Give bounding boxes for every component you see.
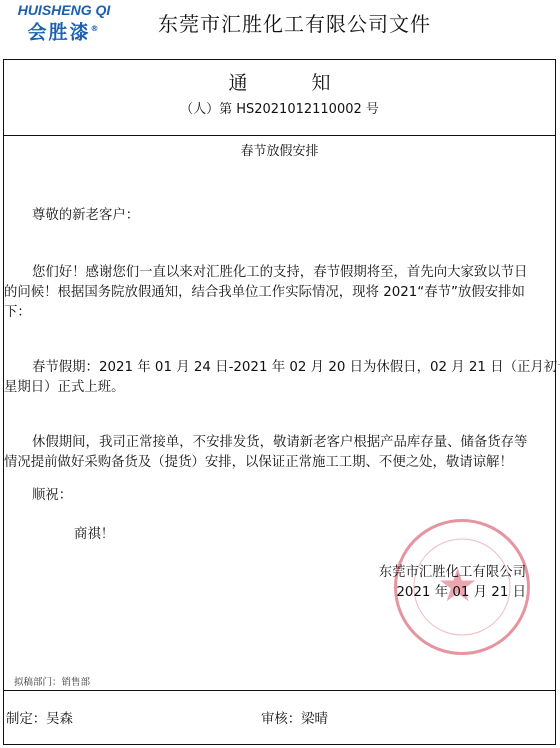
signature-company: 东莞市汇胜化工有限公司 — [379, 561, 526, 580]
paragraph-1-line-2: 的问候！根据国务院放假通知，结合我单位工作实际情况，现将 2021“春节”放假安… — [4, 282, 552, 304]
document-number: （人）第 HS2021012110002 号 — [4, 98, 555, 117]
paragraph-1-line-1: 您们好！感谢您们一直以来对汇胜化工的支持，春节假期将至，首先向大家致以节日 — [4, 262, 560, 284]
logo-chinese: 会胜漆® — [14, 18, 114, 43]
paragraph-1-line-3: 下： — [4, 302, 552, 324]
notice-subject: 春节放假安排 — [4, 140, 555, 159]
paragraph-2-line-2: 星期日）正式上班。 — [4, 377, 552, 399]
reviewer-field: 审核：梁晴 — [261, 708, 328, 727]
paragraph-2-line-1: 春节假期：2021 年 01 月 24 日-2021 年 02 月 20 日为休… — [4, 357, 560, 379]
drafting-department: 拟稿部门：销售部 — [14, 674, 90, 688]
salutation: 尊敬的新老客户： — [4, 205, 560, 227]
logo-english: HUISHENG QI — [14, 2, 114, 18]
paragraph-3-line-1: 休假期间，我司正常接单，不安排发货，敬请新老客户根据产品库存量、储备货存等 — [4, 432, 560, 454]
company-document-title: 东莞市汇胜化工有限公司文件 — [158, 8, 431, 37]
registered-mark-icon: ® — [91, 24, 101, 33]
logo-chinese-text: 会胜漆 — [27, 21, 90, 43]
title-box: 通知 （人）第 HS2021012110002 号 — [4, 60, 555, 136]
notice-title-right: 知 — [312, 72, 331, 94]
signature-date: 2021 年 01 月 21 日 — [396, 581, 526, 600]
notice-title: 通知 — [4, 68, 555, 95]
paragraph-3-line-2: 情况提前做好采购备货及（提货）安排，以保证正常施工工期、不便之处，敬请谅解！ — [4, 452, 552, 474]
company-logo: HUISHENG QI 会胜漆® — [14, 2, 114, 44]
maker-field: 制定：吴森 — [6, 708, 73, 727]
notice-title-left: 通 — [228, 72, 247, 94]
approval-footer: 制定：吴森 审核：梁晴 — [4, 690, 555, 746]
closing-regards: 顺祝： — [4, 485, 560, 507]
